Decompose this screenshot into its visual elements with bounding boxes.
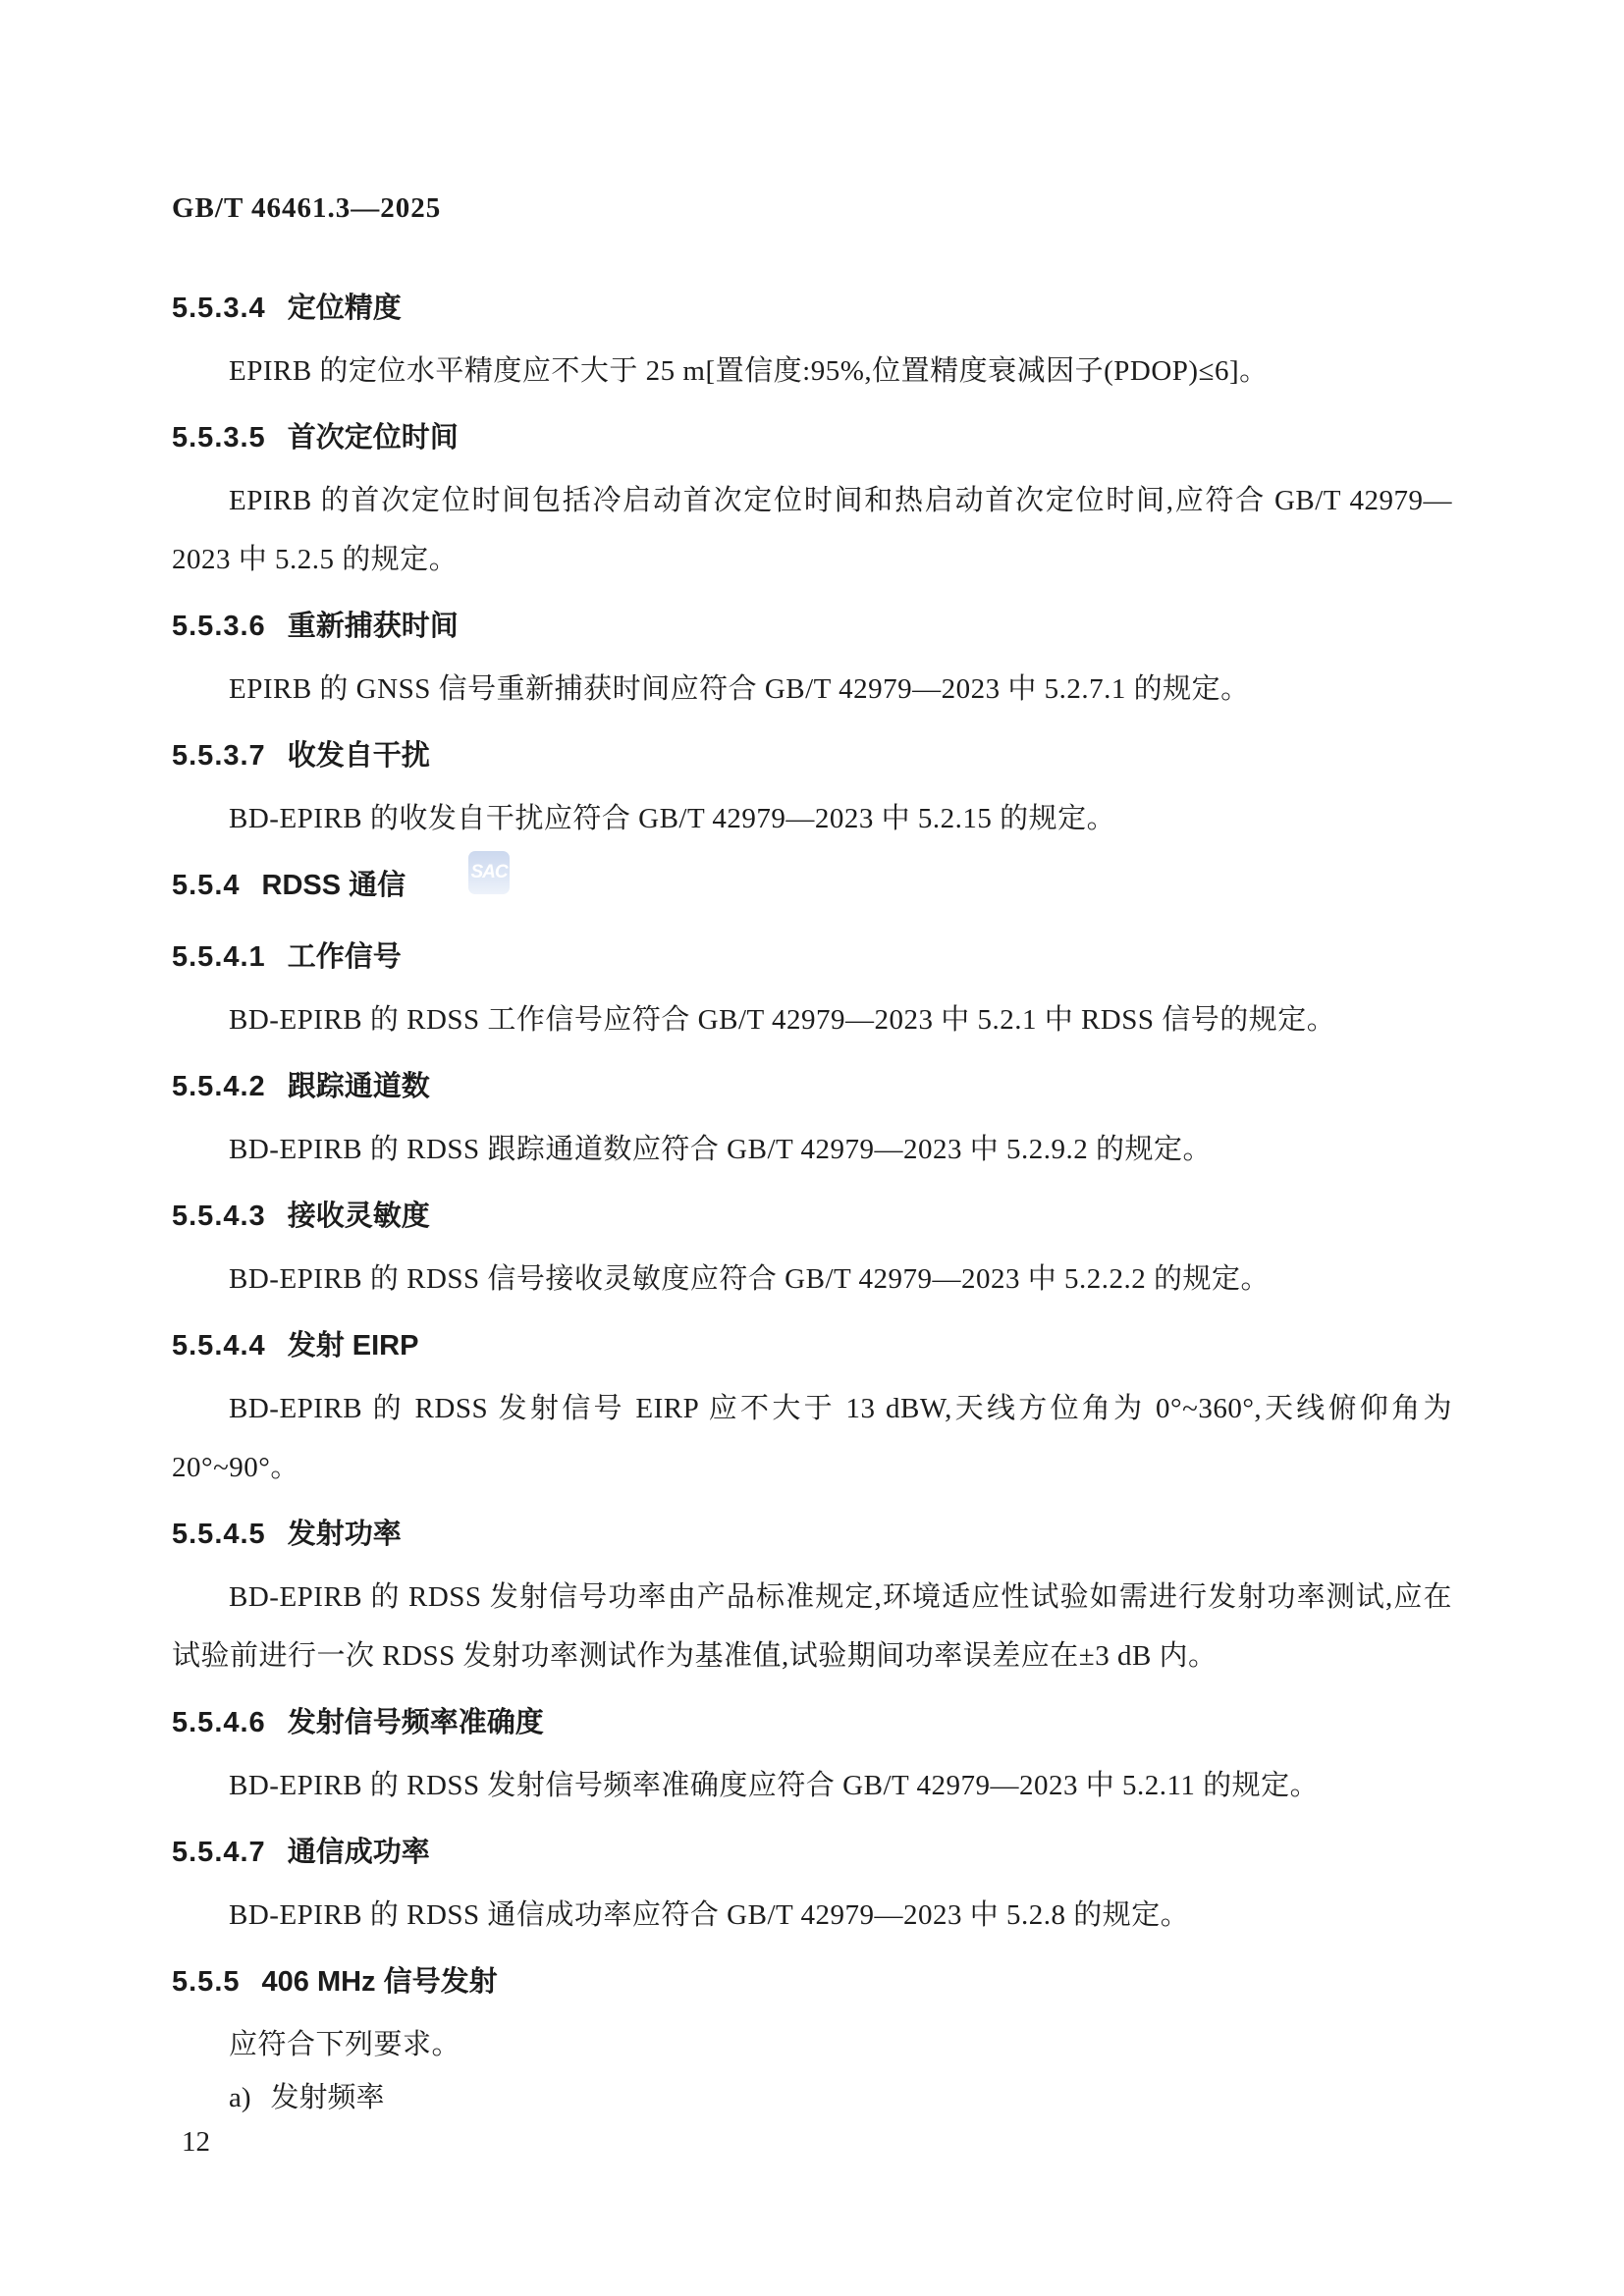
document-page: GB/T 46461.3—2025 5.5.3.4定位精度EPIRB 的定位水平… [0, 0, 1624, 2296]
section-number: 5.5.4.1 [172, 941, 266, 973]
section-title: RDSS 通信 [262, 870, 406, 901]
body-paragraph: BD-EPIRB 的收发自干扰应符合 GB/T 42979—2023 中 5.2… [172, 789, 1452, 848]
section-number: 5.5.3.6 [172, 611, 266, 642]
body-paragraph: BD-EPIRB 的 RDSS 发射信号频率准确度应符合 GB/T 42979—… [172, 1756, 1452, 1815]
section-number: 5.5.4 [172, 870, 241, 901]
section-title: 重新捕获时间 [288, 611, 459, 642]
body-paragraph: EPIRB 的 GNSS 信号重新捕获时间应符合 GB/T 42979—2023… [172, 660, 1452, 719]
section-heading: 5.5.4.5发射功率 [172, 1516, 1452, 1553]
body-paragraph: EPIRB 的首次定位时间包括冷启动首次定位时间和热启动首次定位时间,应符合 G… [172, 471, 1452, 589]
list-item: a)发射频率 [172, 2078, 1452, 2117]
body-paragraph: BD-EPIRB 的 RDSS 工作信号应符合 GB/T 42979—2023 … [172, 990, 1452, 1049]
section-number: 5.5.3.5 [172, 422, 266, 454]
body-paragraph: BD-EPIRB 的 RDSS 跟踪通道数应符合 GB/T 42979—2023… [172, 1120, 1452, 1179]
section-title: 首次定位时间 [288, 422, 459, 454]
section-number: 5.5.4.2 [172, 1071, 266, 1102]
body-paragraph: 应符合下列要求。 [172, 2015, 1452, 2074]
section-number: 5.5.4.7 [172, 1837, 266, 1868]
section-title: 工作信号 [288, 941, 402, 973]
section-heading: 5.5.4.2跟踪通道数 [172, 1068, 1452, 1105]
section-number: 5.5.4.4 [172, 1330, 266, 1362]
section-title: 收发自干扰 [288, 740, 430, 772]
section-heading: 5.5.4.7通信成功率 [172, 1834, 1452, 1871]
list-item-text: 发射频率 [271, 2082, 385, 2113]
section-heading: 5.5.3.4定位精度 [172, 290, 1452, 327]
body-paragraph: BD-EPIRB 的 RDSS 通信成功率应符合 GB/T 42979—2023… [172, 1886, 1452, 1945]
list-item-marker: a) [229, 2082, 251, 2113]
section-title: 发射功率 [288, 1519, 402, 1550]
section-title: 通信成功率 [288, 1837, 430, 1868]
body-paragraph: BD-EPIRB 的 RDSS 发射信号功率由产品标准规定,环境适应性试验如需进… [172, 1568, 1452, 1685]
section-heading: 5.5.4.1工作信号 [172, 938, 1452, 976]
section-title: 发射信号频率准确度 [288, 1707, 544, 1738]
body-paragraph: BD-EPIRB 的 RDSS 发射信号 EIRP 应不大于 13 dBW,天线… [172, 1379, 1452, 1497]
section-heading: 5.5.3.7收发自干扰 [172, 737, 1452, 774]
body-paragraph: EPIRB 的定位水平精度应不大于 25 m[置信度:95%,位置精度衰减因子(… [172, 342, 1452, 400]
section-heading: 5.5.4RDSS 通信 [172, 867, 1452, 904]
section-heading: 5.5.4.4发射 EIRP [172, 1327, 1452, 1364]
section-heading: 5.5.3.6重新捕获时间 [172, 608, 1452, 645]
section-title: 定位精度 [288, 293, 402, 324]
section-heading: 5.5.4.6发射信号频率准确度 [172, 1704, 1452, 1741]
document-body: 5.5.3.4定位精度EPIRB 的定位水平精度应不大于 25 m[置信度:95… [172, 290, 1452, 2117]
section-title: 406 MHz 信号发射 [262, 1966, 498, 1998]
body-paragraph: BD-EPIRB 的 RDSS 信号接收灵敏度应符合 GB/T 42979—20… [172, 1250, 1452, 1308]
standard-number-header: GB/T 46461.3—2025 [172, 193, 1452, 223]
sac-watermark-logo: SAC [468, 851, 510, 894]
section-heading: 5.5.4.3接收灵敏度 [172, 1198, 1452, 1235]
section-number: 5.5.4.6 [172, 1707, 266, 1738]
section-number: 5.5.5 [172, 1966, 241, 1998]
section-number: 5.5.4.5 [172, 1519, 266, 1550]
section-number: 5.5.4.3 [172, 1201, 266, 1232]
section-number: 5.5.3.4 [172, 293, 266, 324]
section-heading: 5.5.3.5首次定位时间 [172, 419, 1452, 456]
section-title: 发射 EIRP [288, 1330, 419, 1362]
section-title: 接收灵敏度 [288, 1201, 430, 1232]
page-number: 12 [172, 2127, 1452, 2157]
section-number: 5.5.3.7 [172, 740, 266, 772]
page-content: GB/T 46461.3—2025 5.5.3.4定位精度EPIRB 的定位水平… [0, 193, 1624, 2157]
section-title: 跟踪通道数 [288, 1071, 430, 1102]
section-heading: 5.5.5406 MHz 信号发射 [172, 1963, 1452, 2001]
